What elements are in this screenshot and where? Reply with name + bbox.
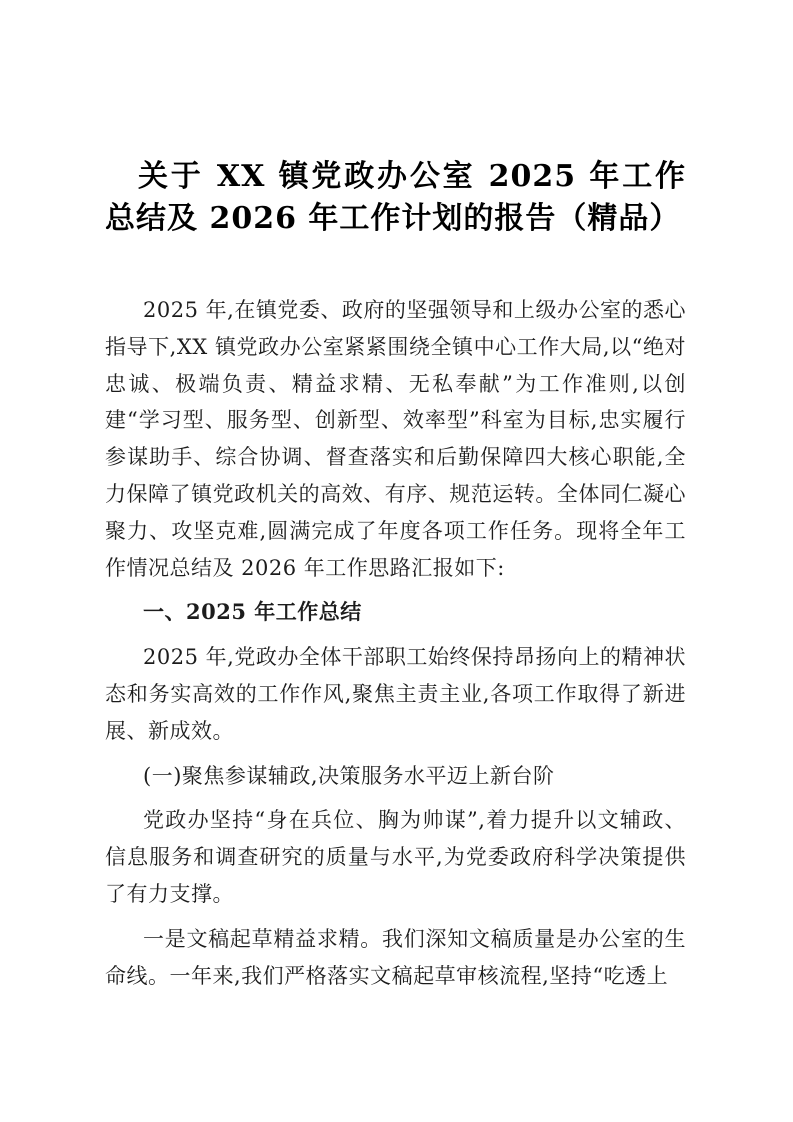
subsection-1-heading: (一)聚焦参谋辅政,决策服务水平迈上新台阶 [105,758,686,795]
section-1-intro-paragraph: 2025 年,党政办全体干部职工始终保持昂扬向上的精神状态和务实高效的工作作风,… [105,639,686,749]
document-title: 关于 XX 镇党政办公室 2025 年工作总结及 2026 年工作计划的报告（精… [105,156,686,240]
document-page: 关于 XX 镇党政办公室 2025 年工作总结及 2026 年工作计划的报告（精… [0,0,793,1122]
intro-paragraph: 2025 年,在镇党委、政府的坚强领导和上级办公室的悉心指导下,XX 镇党政办公… [105,292,686,586]
section-1-heading: 一、2025 年工作总结 [105,594,686,631]
subsection-1-paragraph: 党政办坚持“身在兵位、胸为帅谋”,着力提升以文辅政、信息服务和调查研究的质量与水… [105,802,686,912]
subsection-1-item-1-paragraph: 一是文稿起草精益求精。我们深知文稿质量是办公室的生命线。一年来,我们严格落实文稿… [105,921,686,995]
